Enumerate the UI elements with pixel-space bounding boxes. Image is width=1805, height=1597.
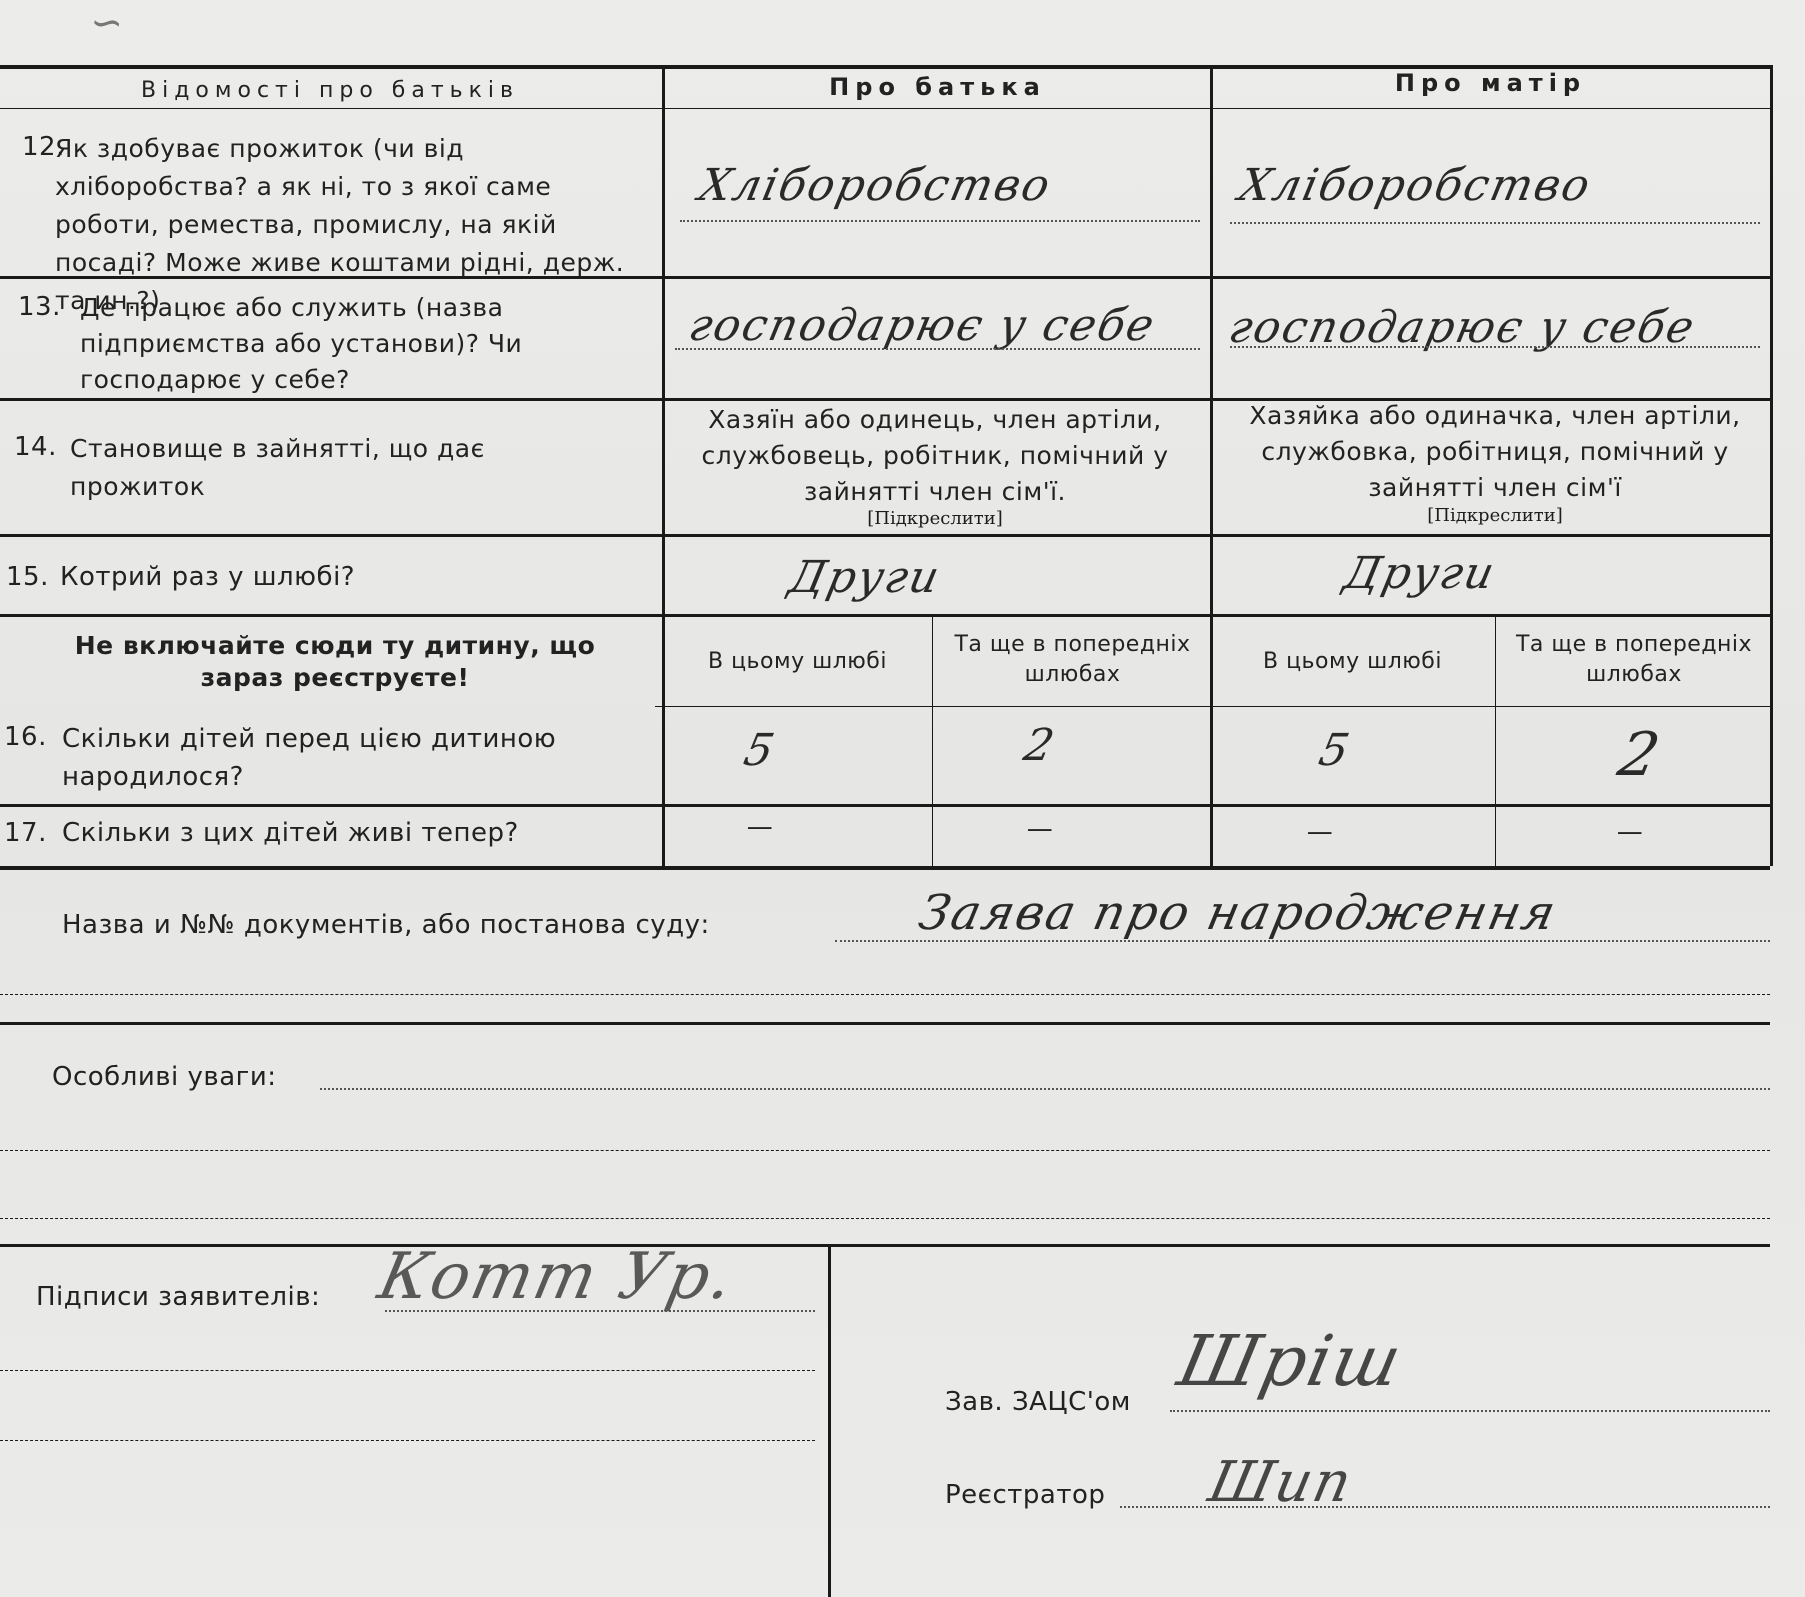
section-divider-2 — [0, 1244, 1770, 1247]
signatures-value: Котт Ур. — [372, 1240, 741, 1314]
row16-mother-prev: 2 — [1563, 720, 1718, 790]
row14-father-options: Хазяїн або одинець, член артіли, службов… — [680, 402, 1190, 510]
col-divider-1 — [662, 65, 665, 866]
remarks-line-2 — [0, 1150, 1770, 1151]
row12-number: 12. — [22, 130, 50, 164]
row16-number: 16. — [4, 720, 49, 754]
children-mother-prev-header: Та ще в попередніх шлюбах — [1500, 630, 1768, 690]
signature-divider — [828, 1244, 831, 1597]
head-signature: Шріш — [1171, 1320, 1410, 1402]
registrar-label: Реєстратор — [945, 1478, 1105, 1512]
row17-mother-this: — — [1260, 815, 1380, 849]
top-scribble: ∽ — [85, 0, 130, 46]
registrar-line — [1120, 1506, 1770, 1508]
row14-number: 14. — [14, 430, 54, 464]
documents-line-2 — [0, 994, 1770, 995]
documents-value: Заява про народження — [914, 885, 1562, 941]
row14-divider — [0, 534, 1770, 537]
row17-father-prev: — — [980, 812, 1100, 846]
children-mother-this-header: В цьому шлюбі — [1215, 645, 1490, 679]
row13-question: Де працює або служить (назва підприємств… — [80, 290, 650, 398]
head-line — [1170, 1410, 1770, 1412]
col-divider-father-sub — [932, 614, 933, 866]
row17-question: Скільки з цих дітей живі тепер? — [62, 816, 622, 850]
remarks-line-3 — [0, 1218, 1770, 1219]
row15-number: 15. — [6, 560, 46, 594]
row17-number: 17. — [4, 816, 49, 850]
row13-mother-line — [1230, 346, 1760, 348]
signatures-line-1 — [385, 1310, 815, 1312]
header-mother: Про матір — [1213, 66, 1768, 100]
head-label: Зав. ЗАЦС'ом — [945, 1385, 1131, 1419]
remarks-line-1 — [320, 1088, 1770, 1090]
row14-mother-options: Хазяйка або одиначка, член артіли, служб… — [1225, 398, 1765, 506]
header-info: Відомості про батьків — [0, 74, 660, 108]
col-divider-2 — [1210, 65, 1213, 866]
row16-mother-this: 5 — [1270, 725, 1401, 776]
row12-mother-value: Хліборобство — [1235, 160, 1597, 211]
children-exclusion-note: Не включайте сюди ту дитину, що зараз ре… — [70, 630, 600, 694]
header-father: Про батька — [665, 70, 1210, 104]
row16-question: Скільки дітей перед цією дитиною народил… — [62, 720, 622, 796]
signatures-label: Підписи заявителів: — [36, 1280, 320, 1314]
row16-divider — [0, 804, 1770, 807]
row14-father-note: [Підкреслити] — [680, 508, 1190, 529]
documents-label: Назва и №№ документів, або постанова суд… — [62, 908, 710, 942]
row12-father-value: Хліборобство — [695, 160, 1057, 211]
registration-form-page: ∽ Відомості про батьків Про батька Про м… — [0, 0, 1805, 1597]
header-divider — [0, 108, 1770, 109]
row13-number: 13. — [18, 290, 54, 324]
children-father-prev-header: Та ще в попередніх шлюбах — [940, 630, 1205, 690]
row15-mother-value: Други — [1340, 548, 1501, 599]
row15-question: Котрий раз у шлюбі? — [60, 560, 580, 594]
row12-father-line — [680, 220, 1200, 222]
row12-mother-line — [1230, 222, 1760, 224]
row13-father-line — [675, 348, 1200, 350]
row17-father-this: — — [700, 810, 820, 844]
row14-question: Становище в зайнятті, що дає прожиток — [70, 430, 590, 506]
table-bottom-border — [0, 866, 1770, 870]
signatures-line-2 — [0, 1370, 815, 1371]
signatures-line-3 — [0, 1440, 815, 1441]
col-divider-mother-sub — [1495, 614, 1496, 866]
row14-mother-note: [Підкреслити] — [1225, 505, 1765, 526]
row16-father-this: 5 — [695, 725, 826, 776]
remarks-label: Особливі уваги: — [52, 1060, 277, 1094]
documents-line — [835, 940, 1770, 942]
table-right-border — [1770, 65, 1773, 866]
row16-father-prev: 2 — [975, 720, 1106, 771]
row15-father-value: Други — [785, 552, 946, 603]
row17-mother-prev: — — [1570, 815, 1690, 849]
row13-father-value: господарює у себе — [685, 300, 1161, 351]
row15-divider — [0, 614, 1770, 617]
children-father-this-header: В цьому шлюбі — [665, 645, 930, 679]
section-divider-1 — [0, 1022, 1770, 1025]
